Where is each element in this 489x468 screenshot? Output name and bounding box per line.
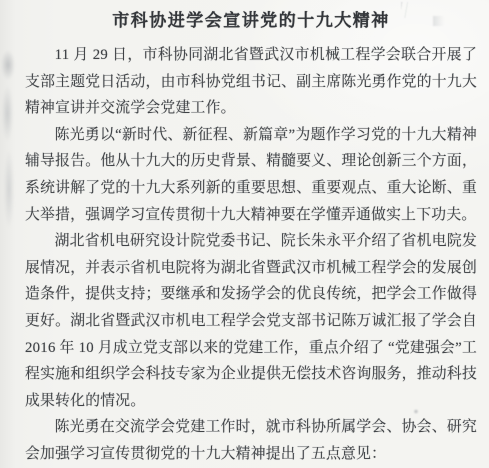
paragraph-intro: 11 月 29 日，市科协同湖北省暨武汉市机械工程学会联合开展了支部主题党日活动…: [25, 42, 477, 122]
scan-smudge-left-middle: [2, 86, 13, 141]
paragraph-five-opinions-lead: 陈光勇在交流学会党建工作时，就市科协所属学会、协会、研究会加强学习宣传贯彻党的十…: [25, 414, 477, 467]
scanned-document-page: 市科协进学会宣讲党的十九大精神 11 月 29 日，市科协同湖北省暨武汉市机械工…: [0, 0, 489, 468]
scan-smudge-left-top: [1, 50, 15, 80]
document-body: 11 月 29 日，市科协同湖北省暨武汉市机械工程学会联合开展了支部主题党日活动…: [25, 42, 477, 468]
document-title: 市科协进学会宣讲党的十九大精神: [25, 8, 477, 33]
paragraph-institute-exchange: 湖北省机电研究设计院党委书记、院长朱永平介绍了省机电院发展情况，并表示省机电院将…: [25, 228, 477, 414]
paragraph-lecture-report: 陈光勇以“新时代、新征程、新篇章”为题作学习党的十九大精神辅导报告。他从十九大的…: [25, 122, 477, 228]
scan-smudge-left-lower: [4, 150, 14, 228]
